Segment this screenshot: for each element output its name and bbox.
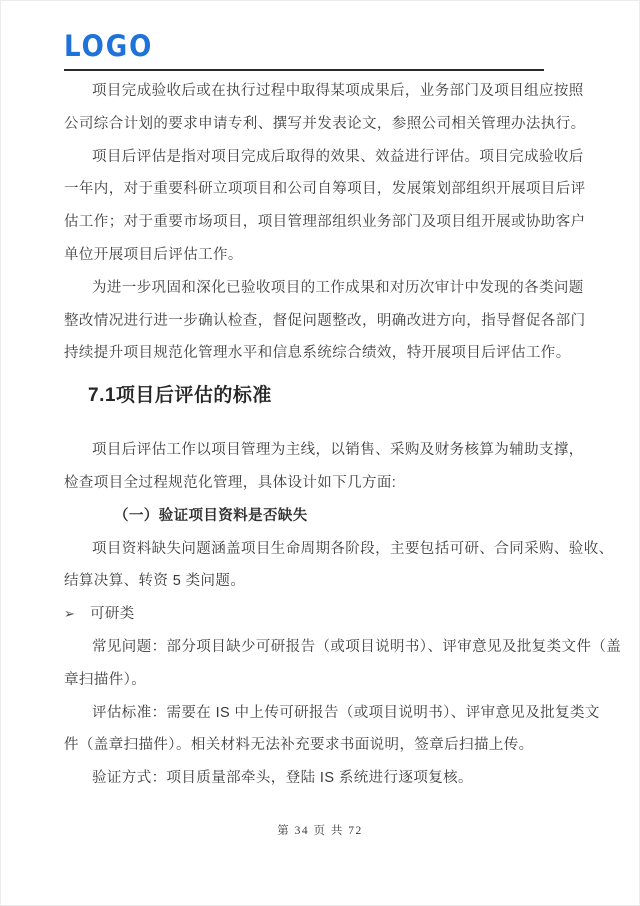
paragraph-standard-overview: 项目后评估工作以项目管理为主线，以销售、采购及财务核算为辅助支撑， 检查项目全过… bbox=[64, 434, 576, 500]
bullet-label: 可研类 bbox=[90, 606, 135, 622]
paragraph-verification-method: 验证方式：项目质量部牵头，登陆 IS 系统进行逐项复核。 bbox=[64, 762, 576, 795]
paragraph-common-issues: 常见问题：部分项目缺少可研报告（或项目说明书）、评审意见及批复类文件（盖 章扫描… bbox=[64, 631, 576, 697]
text-line: 估工作；对于重要市场项目，项目管理部组织业务部门及项目组开展或协助客户 bbox=[64, 206, 576, 239]
text-line: 件（盖章扫描件）。相关材料无法补充要求书面说明，签章后扫描上传。 bbox=[64, 729, 576, 762]
arrow-bullet-icon: ➢ bbox=[64, 598, 90, 631]
text-line: 公司综合计划的要求申请专利、撰写并发表论文，参照公司相关管理办法执行。 bbox=[64, 108, 576, 141]
paragraph-evaluation-standard: 评估标准：需要在 IS 中上传可研报告（或项目说明书）、评审意见及批复类文 件（… bbox=[64, 697, 576, 763]
paragraph-purpose: 为进一步巩固和深化已验收项目的工作成果和对历次审计中发现的各类问题 整改情况进行… bbox=[64, 272, 576, 370]
document-page: LOGO 项目完成验收后或在执行过程中取得某项成果后，业务部门及项目组应按照 公… bbox=[0, 0, 640, 906]
bullet-item-feasibility: ➢可研类 bbox=[64, 598, 576, 631]
text-line: 验证方式：项目质量部牵头，登陆 IS 系统进行逐项复核。 bbox=[64, 762, 576, 795]
subheading-verify-materials: （一）验证项目资料是否缺失 bbox=[64, 500, 576, 533]
text-line: 一年内，对于重要科研立项项目和公司自筹项目，发展策划部组织开展项目后评 bbox=[64, 173, 576, 206]
document-body: 项目完成验收后或在执行过程中取得某项成果后，业务部门及项目组应按照 公司综合计划… bbox=[64, 75, 576, 795]
page-number-label: 第 34 页 共 72 bbox=[277, 825, 363, 837]
text-line: 项目后评估工作以项目管理为主线，以销售、采购及财务核算为辅助支撑， bbox=[64, 434, 576, 467]
paragraph-post-evaluation-definition: 项目后评估是指对项目完成后取得的效果、效益进行评估。项目完成验收后 一年内，对于… bbox=[64, 141, 576, 272]
paragraph-material-missing: 项目资料缺失问题涵盖项目生命周期各阶段，主要包括可研、合同采购、验收、 结算决算… bbox=[64, 533, 576, 599]
text-line: 项目后评估是指对项目完成后取得的效果、效益进行评估。项目完成验收后 bbox=[64, 141, 576, 174]
text-line: 检查项目全过程规范化管理，具体设计如下几方面: bbox=[64, 467, 576, 500]
text-line: 评估标准：需要在 IS 中上传可研报告（或项目说明书）、评审意见及批复类文 bbox=[64, 697, 576, 730]
text-line: 项目资料缺失问题涵盖项目生命周期各阶段，主要包括可研、合同采购、验收、 bbox=[64, 533, 576, 566]
text-line: 项目完成验收后或在执行过程中取得某项成果后，业务部门及项目组应按照 bbox=[64, 75, 576, 108]
paragraph-intro: 项目完成验收后或在执行过程中取得某项成果后，业务部门及项目组应按照 公司综合计划… bbox=[64, 75, 576, 141]
text-line: 单位开展项目后评估工作。 bbox=[64, 239, 576, 272]
text-line: 整改情况进行进一步确认检查，督促问题整改，明确改进方向，指导督促各部门 bbox=[64, 305, 576, 338]
text-line: 为进一步巩固和深化已验收项目的工作成果和对历次审计中发现的各类问题 bbox=[64, 272, 576, 305]
company-logo: LOGO bbox=[64, 30, 153, 62]
page-footer: 第 34 页 共 72 bbox=[0, 822, 640, 838]
text-line: 章扫描件）。 bbox=[64, 664, 576, 697]
section-heading-7-1: 7.1项目后评估的标准 bbox=[88, 384, 576, 408]
page-header: LOGO bbox=[64, 30, 544, 71]
text-line: 常见问题：部分项目缺少可研报告（或项目说明书）、评审意见及批复类文件（盖 bbox=[64, 631, 576, 664]
text-line: 结算决算、转资 5 类问题。 bbox=[64, 565, 576, 598]
text-line: 持续提升项目规范化管理水平和信息系统综合绩效，特开展项目后评估工作。 bbox=[64, 337, 576, 370]
